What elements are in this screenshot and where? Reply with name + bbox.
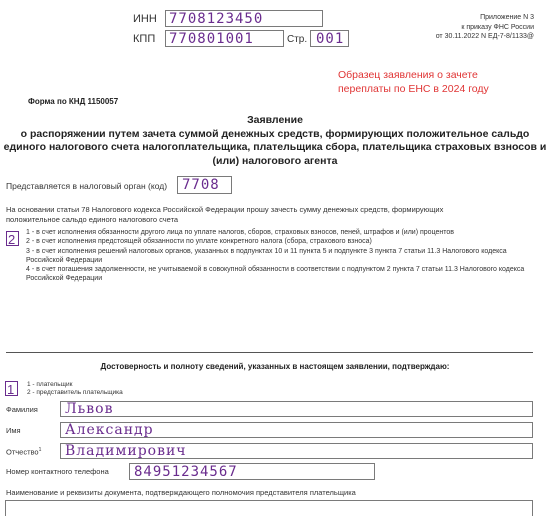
name-value: Александр (65, 423, 154, 437)
appendix-line-2: к приказу ФНС России (436, 23, 534, 33)
phone-field[interactable]: 84951234567 (129, 463, 375, 480)
offset-option-1: 1 - в счет исполнения обязанности другог… (26, 228, 524, 237)
form-code: Форма по КНД 1150057 (28, 97, 118, 106)
offset-option-3-cont: Российской Федерации (26, 256, 524, 265)
signer-type-value: 1 (7, 382, 14, 397)
basis-line-1: На основании статьи 78 Налогового кодекс… (6, 205, 443, 215)
basis-text: На основании статьи 78 Налогового кодекс… (6, 205, 443, 224)
tax-authority-label: Представляется в налоговый орган (код) (6, 181, 167, 191)
title-line-3: (или) налогового агента (0, 155, 550, 169)
surname-label: Фамилия (6, 405, 38, 414)
tax-authority-field[interactable]: 7708 (177, 176, 232, 194)
sample-note: Образец заявления о зачете переплаты по … (338, 68, 489, 96)
offset-type-options: 1 - в счет исполнения обязанности другог… (26, 228, 524, 284)
offset-type-field[interactable]: 2 (6, 231, 19, 246)
kpp-label: КПП (133, 33, 155, 45)
sample-note-line-2: переплаты по ЕНС в 2024 году (338, 82, 489, 96)
inn-label: ИНН (133, 13, 157, 25)
offset-type-value: 2 (8, 232, 15, 247)
basis-line-2: положительное сальдо единого налогового … (6, 215, 443, 225)
patronymic-label-text: Отчество (6, 448, 39, 457)
section-divider (6, 352, 533, 353)
authority-document-label: Наименование и реквизиты документа, подт… (6, 488, 356, 497)
appendix-line-3: от 30.11.2022 N ЕД-7-8/1133@ (436, 32, 534, 42)
kpp-value: 770801001 (169, 32, 254, 46)
offset-option-4: 4 - в счет погашения задолженности, не у… (26, 265, 524, 274)
signer-option-2: 2 - представитель плательщика (27, 389, 123, 397)
phone-value: 84951234567 (134, 465, 238, 479)
appendix-reference: Приложение N 3 к приказу ФНС России от 3… (436, 13, 534, 42)
document-title: Заявление о распоряжении путем зачета су… (0, 114, 550, 168)
title-line-1: о распоряжении путем зачета суммой денеж… (0, 128, 550, 142)
phone-label: Номер контактного телефона (6, 467, 109, 476)
confirmation-heading: Достоверность и полноту сведений, указан… (0, 362, 550, 371)
signer-type-field[interactable]: 1 (5, 381, 18, 396)
title-main: Заявление (0, 114, 550, 128)
page-value: 001 (316, 32, 344, 46)
surname-field[interactable]: Львов (60, 401, 533, 417)
inn-value: 7708123450 (169, 12, 263, 26)
offset-option-3: 3 - в счет исполнения решений налоговых … (26, 247, 524, 256)
inn-field[interactable]: 7708123450 (165, 10, 323, 27)
authority-document-field[interactable] (5, 500, 533, 516)
offset-option-4-cont: Российской Федерации (26, 274, 524, 283)
appendix-line-1: Приложение N 3 (436, 13, 534, 23)
patronymic-footnote: 1 (39, 447, 42, 453)
name-field[interactable]: Александр (60, 422, 533, 438)
sample-note-line-1: Образец заявления о зачете (338, 68, 489, 82)
offset-option-2: 2 - в счет исполнения предстоящей обязан… (26, 237, 524, 246)
surname-value: Львов (65, 402, 114, 416)
name-label: Имя (6, 426, 21, 435)
title-line-2: единого налогового счета налогоплательщи… (0, 141, 550, 155)
patronymic-field[interactable]: Владимирович (60, 443, 533, 459)
tax-authority-value: 7708 (182, 178, 220, 192)
kpp-field[interactable]: 770801001 (165, 30, 284, 47)
patronymic-label: Отчество1 (6, 447, 41, 457)
signer-option-1: 1 - плательщик (27, 381, 123, 389)
page-field[interactable]: 001 (310, 30, 349, 47)
signer-type-options: 1 - плательщик 2 - представитель платель… (27, 381, 123, 397)
patronymic-value: Владимирович (65, 444, 187, 458)
page-label: Стр. (287, 34, 307, 45)
